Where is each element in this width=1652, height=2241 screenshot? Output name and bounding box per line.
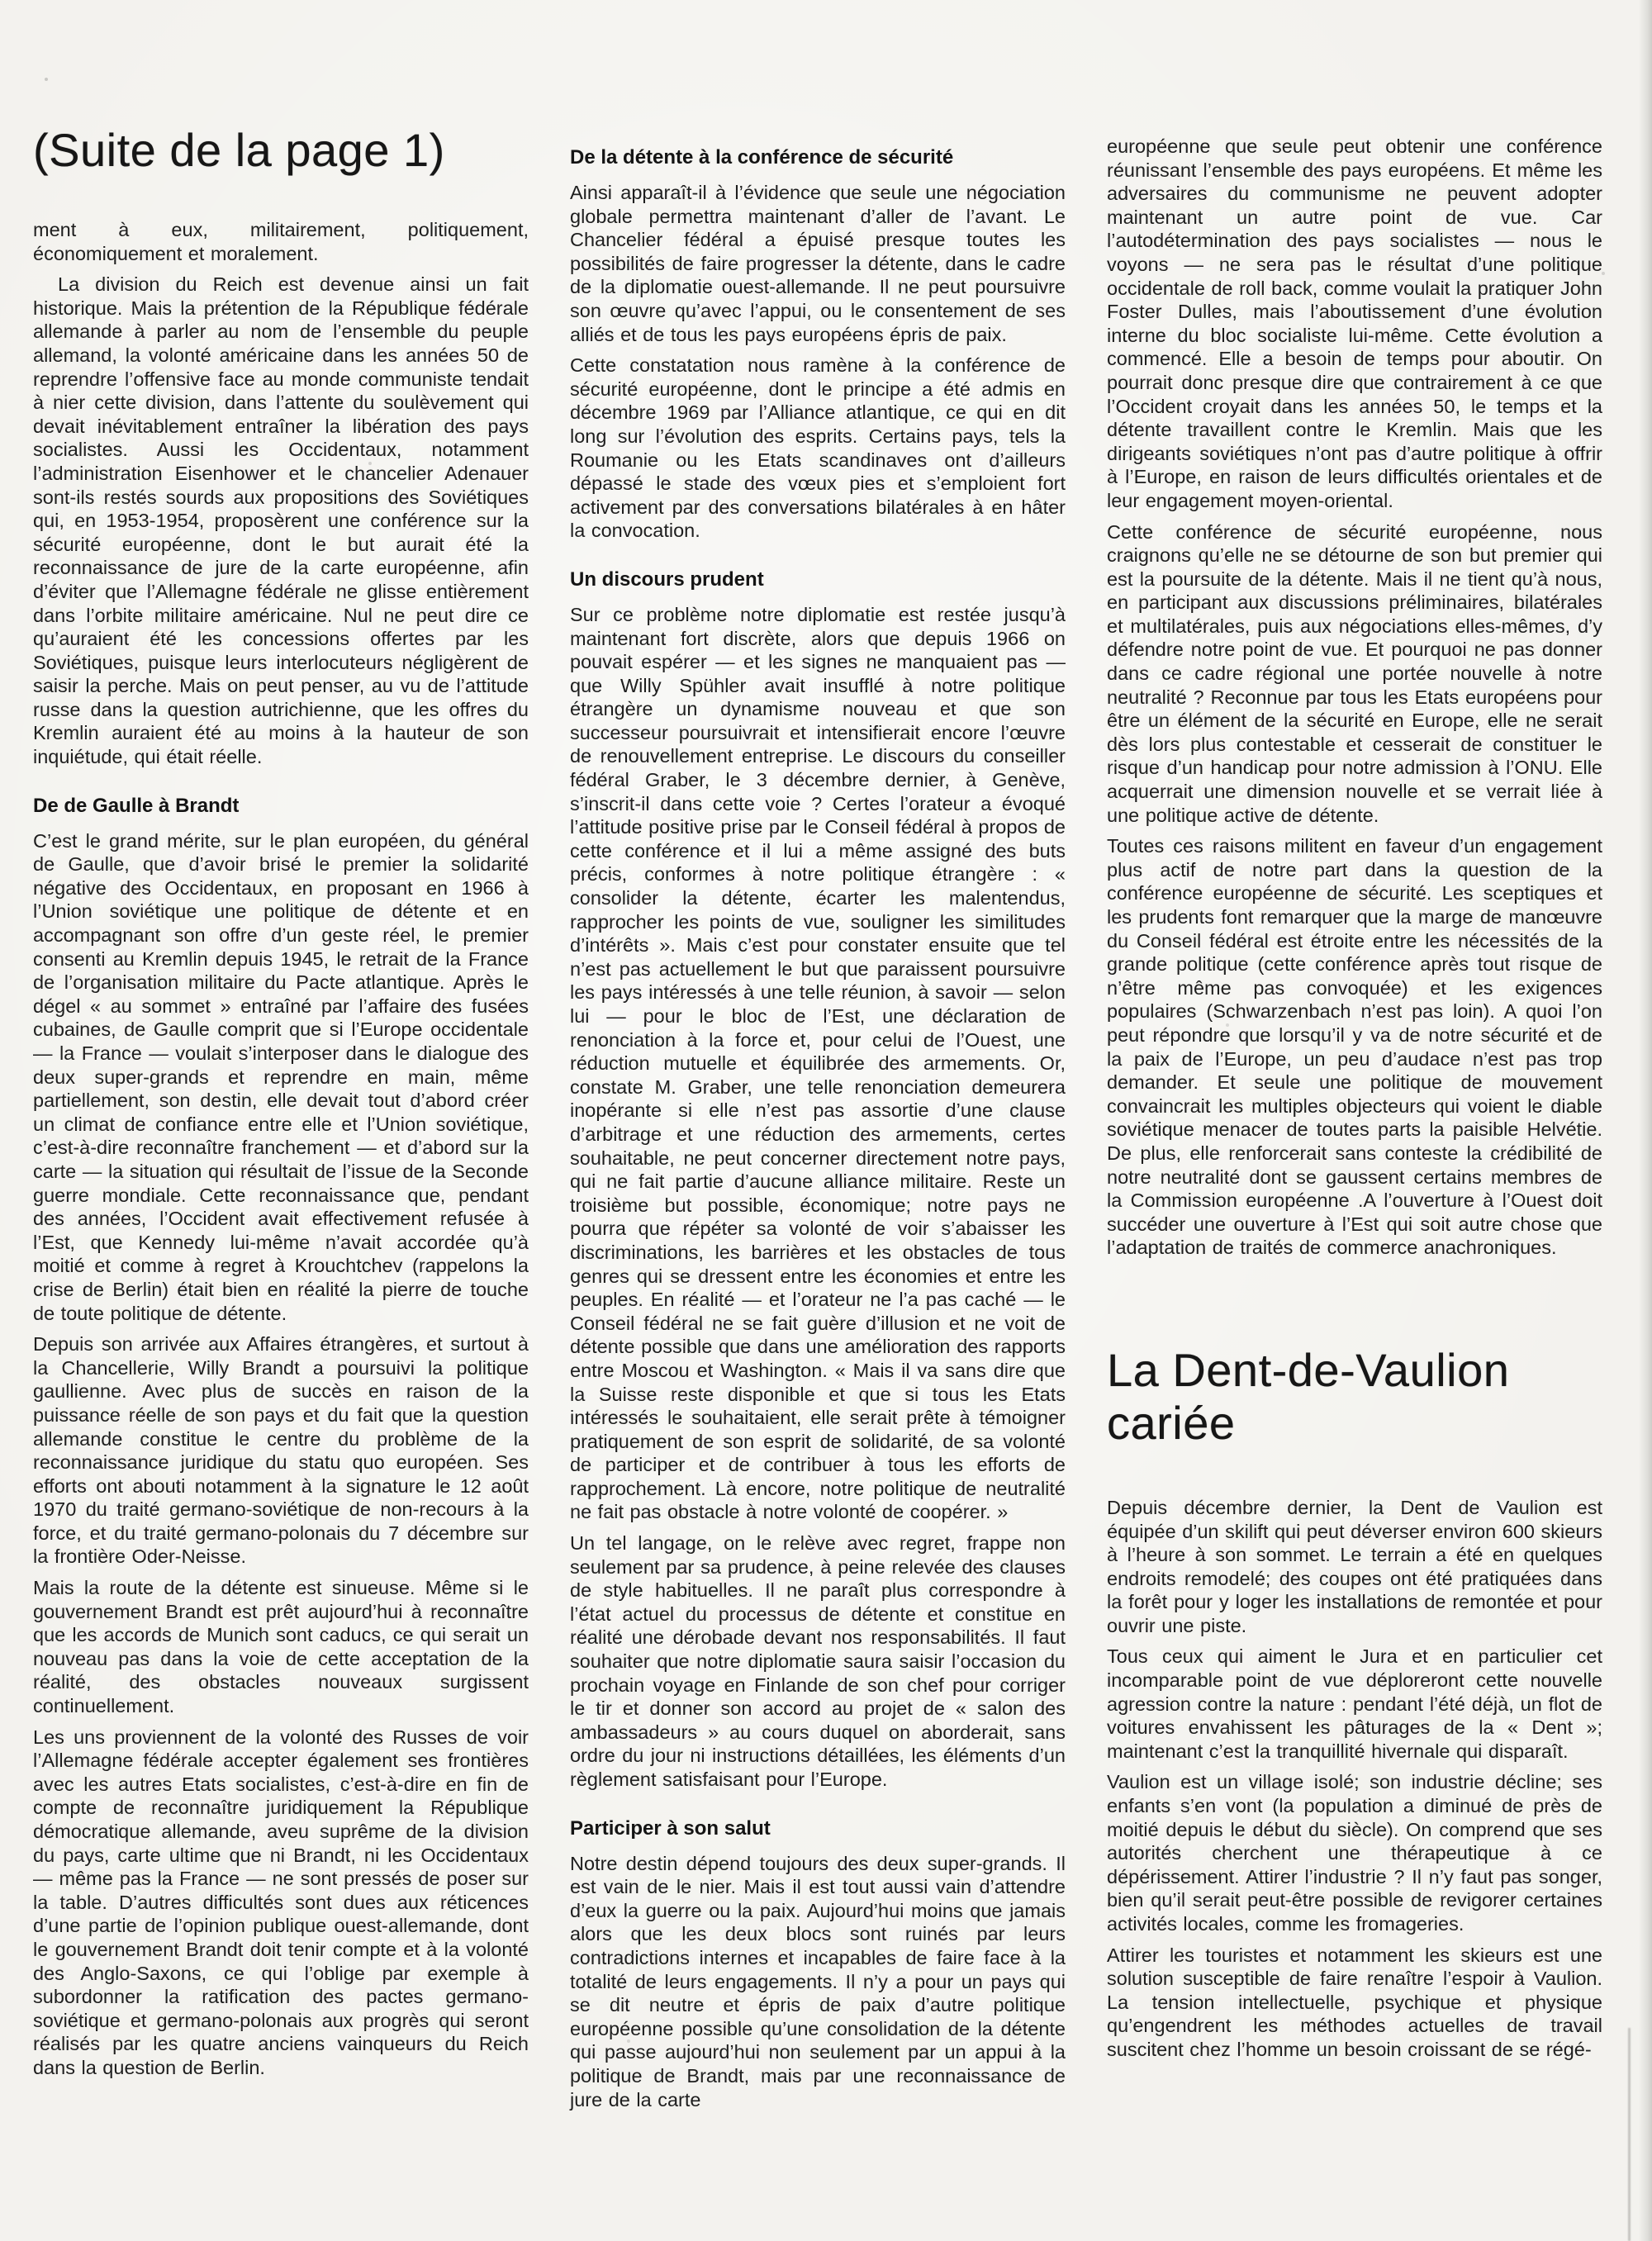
col2-paragraph-5: Notre destin dépend toujours des deux su…	[570, 1852, 1066, 2112]
col3-paragraph-4: Depuis décembre dernier, la Dent de Vaul…	[1107, 1496, 1602, 1638]
col2-paragraph-3: Sur ce problème notre diplomatie est res…	[570, 603, 1066, 1524]
col3-paragraph-3: Toutes ces raisons militent en faveur d’…	[1107, 834, 1602, 1260]
col3-paragraph-1: européenne que seule peut obtenir une co…	[1107, 135, 1602, 513]
col1-paragraph-6: Les uns proviennent de la volonté des Ru…	[33, 1726, 529, 2080]
col1-paragraph-1: ment à eux, militairement, politiquement…	[33, 218, 529, 265]
column-3: européenne que seule peut obtenir une co…	[1107, 0, 1602, 2119]
subheading-detente-conference-securite: De la détente à la conférence de sécurit…	[570, 145, 1066, 169]
columns-container: (Suite de la page 1) ment à eux, militai…	[0, 0, 1652, 2119]
col1-paragraph-5: Mais la route de la détente est sinueuse…	[33, 1576, 529, 1718]
subheading-participer-a-son-salut: Participer à son salut	[570, 1816, 1066, 1840]
col3-paragraph-5: Tous ceux qui aiment le Jura et en parti…	[1107, 1645, 1602, 1763]
col3-paragraph-7: Attirer les touristes et notamment les s…	[1107, 1944, 1602, 2062]
col2-paragraph-4: Un tel langage, on le relève avec regret…	[570, 1531, 1066, 1792]
col1-paragraph-4: Depuis son arrivée aux Affaires étrangèr…	[33, 1332, 529, 1569]
column-1: (Suite de la page 1) ment à eux, militai…	[33, 0, 529, 2119]
col2-paragraph-2: Cette constatation nous ramène à la conf…	[570, 354, 1066, 543]
subheading-de-gaulle-a-brandt: De de Gaulle à Brandt	[33, 794, 529, 818]
continuation-headline: (Suite de la page 1)	[33, 126, 529, 175]
col2-paragraph-1: Ainsi apparaît-il à l’évidence que seule…	[570, 181, 1066, 346]
article-headline-dent-de-vaulion: La Dent-de-Vaulion cariée	[1107, 1344, 1569, 1450]
newspaper-page: (Suite de la page 1) ment à eux, militai…	[0, 0, 1652, 2241]
col3-paragraph-6: Vaulion est un village isolé; son indust…	[1107, 1770, 1602, 1935]
col3-paragraph-2: Cette conférence de sécurité européenne,…	[1107, 520, 1602, 828]
column-2: De la détente à la conférence de sécurit…	[570, 0, 1066, 2119]
col1-paragraph-3: C’est le grand mérite, sur le plan europ…	[33, 829, 529, 1325]
col1-paragraph-2: La division du Reich est devenue ainsi u…	[33, 273, 529, 768]
subheading-un-discours-prudent: Un discours prudent	[570, 567, 1066, 591]
